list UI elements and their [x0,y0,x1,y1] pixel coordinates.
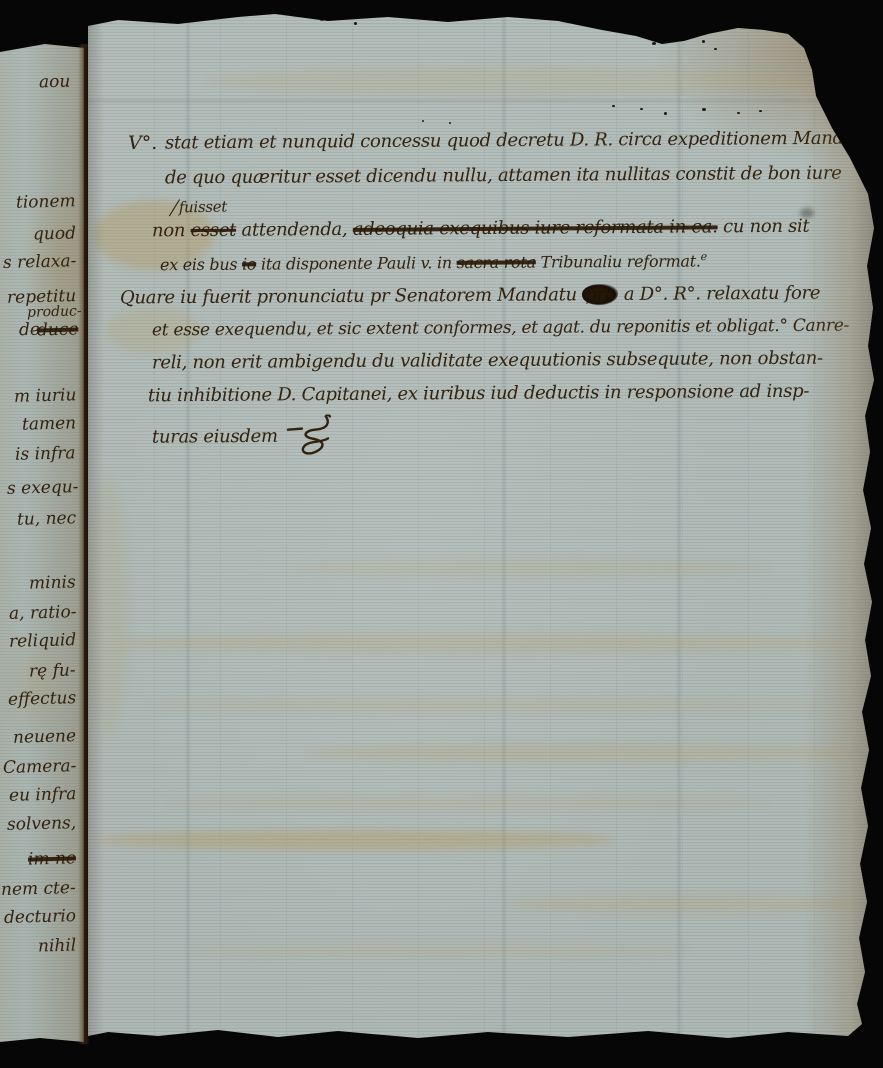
margin-fragment: solvens, [7,813,77,835]
handwritten-line: non esset attendenda, adeoquia exequibus… [152,216,810,242]
stain-mark [188,944,688,956]
margin-fragment: neuene [13,726,77,748]
handwritten-text: ita disponente Pauli v. in [256,253,457,273]
margin-fragment: a, ratio- [8,602,76,624]
handwritten-line: tiu inhibitione D. Capitanei, ex iuribus… [148,381,809,407]
margin-fragment: tionem [16,191,76,213]
section-marker: V°. [128,132,157,154]
inline-insertion: /fuisset [172,198,227,217]
strikethrough-segment: sacra rota [457,253,536,273]
margin-fragment: decturio [4,906,77,928]
stain-mark [108,634,848,652]
stain-mark [88,478,128,738]
handwritten-text: de quo quæritur esset dicendu nullu, att… [165,163,842,189]
stain-mark [308,744,858,762]
margin-fragment: quod [33,223,76,244]
handwritten-line: turas eiusdem [152,414,344,459]
margin-fragment: s relaxa- [2,251,76,273]
strikethrough-segment: esset [190,220,236,241]
margin-fragment: produc- [27,303,82,320]
inserted-word: fuisset [179,198,228,217]
stain-mark [208,66,808,96]
margin-fragment: rę fu- [29,660,76,681]
handwritten-text: reli, non erit ambigendu du validitate e… [152,348,823,374]
handwritten-text: stat etiam et nunquid concessu quod decr… [165,128,867,154]
margin-fragment: is infra [15,443,76,465]
handwritten-text: non [152,220,191,241]
margin-fragment: eu infra [8,784,76,806]
manuscript-page: V°. stat etiam et nunquid concessu quod … [88,8,874,1050]
margin-fragment: aou [38,72,70,93]
margin-fragment: nem cte- [1,878,76,900]
margin-fragment: nihil [38,936,77,957]
paper-crease [88,100,874,102]
margin-fragment: tu, nec [17,508,77,530]
stain-mark [288,560,768,576]
margin-fragment: s exequ- [6,477,78,499]
margin-fragment: Camera- [2,756,76,778]
handwritten-line: reli, non erit ambigendu du validitate e… [152,348,823,374]
margin-fragment-struck: duce [36,319,78,340]
manuscript-photo: aou tionem quod s relaxa- repetitu produ… [0,0,883,1068]
margin-fragment: tamen [22,413,77,434]
stain-mark [148,698,828,712]
handwritten-line: de quo quæritur esset dicendu nullu, att… [165,163,842,189]
handwritten-text: et esse exequendu, et sic extent conform… [152,316,849,341]
handwritten-text: cu non sit [718,216,810,238]
stain-mark [508,896,858,912]
handwritten-text: Quare iu fuerit pronunciatu pr Senatorem… [120,284,582,308]
stain-mark [168,796,768,810]
margin-fragment-struck: im ne [28,848,76,869]
left-page-fragment: aou tionem quod s relaxa- repetitu produ… [0,42,84,1048]
strikethrough-segment: io [242,255,256,274]
paper-crease [187,8,189,1050]
margin-fragment: reliquid [9,630,77,652]
abbreviation-superscript: e [701,250,707,263]
handwritten-line: Quare iu fuerit pronunciatu pr Senatorem… [120,283,820,309]
handwritten-text: Tribunaliu reformat. [536,251,701,271]
handwritten-text: a D°. R°. relaxatu fore [618,283,820,305]
paraph-flourish-icon [286,414,344,458]
handwritten-line: et esse exequendu, et sic extent conform… [152,316,849,341]
margin-fragment: effectus [8,688,77,710]
stain-mark [96,830,616,850]
strikethrough-segment: adeoquia exequibus iure reformata in ea. [353,216,718,240]
margin-fragment: minis [29,572,76,593]
handwritten-text: tiu inhibitione D. Capitanei, ex iuribus… [148,381,809,407]
handwritten-line: ex eis bus io ita disponente Pauli v. in… [160,250,707,274]
handwritten-line: stat etiam et nunquid concessu quod decr… [165,128,867,154]
margin-fragment: m iuriu [13,385,76,407]
ink-blot: pro [582,284,618,305]
handwritten-text: ex eis bus [160,255,242,275]
handwritten-text: attendenda, [236,219,353,241]
handwritten-text: turas eiusdem [152,426,278,448]
